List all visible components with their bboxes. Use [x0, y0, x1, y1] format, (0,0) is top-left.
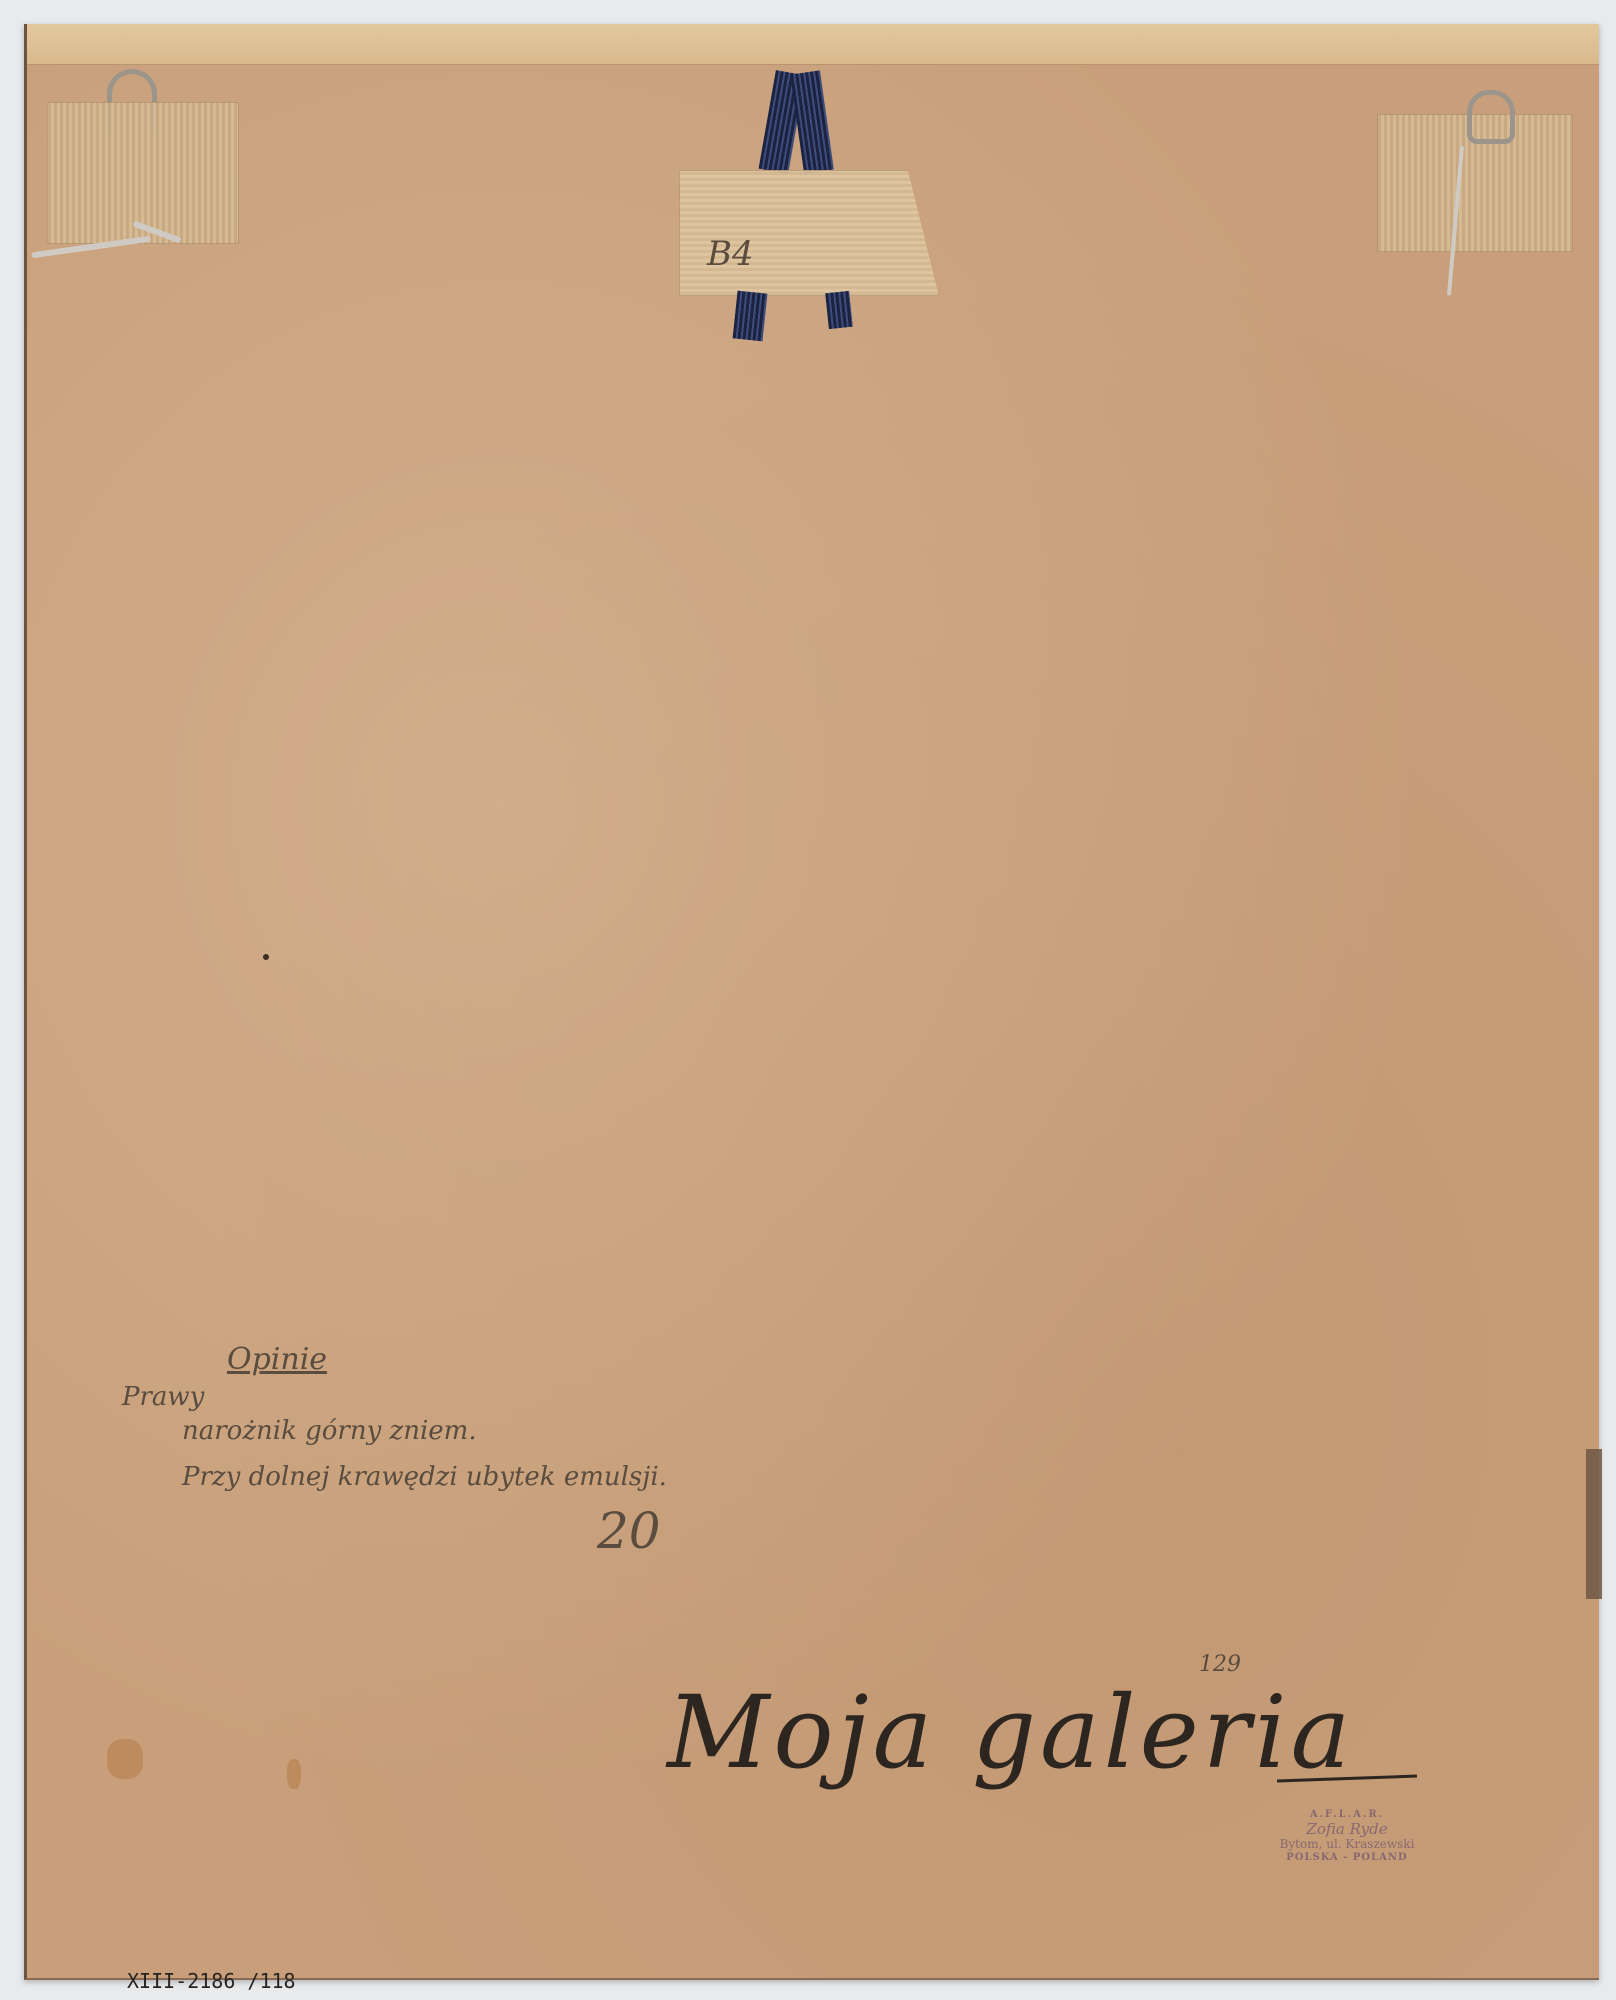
note-number: 20 — [597, 1502, 661, 1560]
tape-label-text: B4 — [707, 234, 754, 274]
stamp-line-2: Zofia Ryde — [1247, 1821, 1447, 1838]
surface-mark — [263, 954, 269, 960]
maker-stamp: A.F.L.A.R. Zofia Ryde Bytom, ul. Kraszew… — [1247, 1809, 1447, 1863]
water-stain — [107, 1739, 143, 1779]
left-tape-patch — [47, 102, 239, 244]
right-string-loop-icon — [1467, 90, 1515, 144]
artwork-back-board: B4 Opinie Prawy narożnik górny zniem. Pr… — [24, 24, 1599, 1980]
ribbon-end-left — [733, 291, 768, 342]
note-line-1: Prawy — [122, 1382, 204, 1412]
stamp-line-1: A.F.L.A.R. — [1247, 1809, 1447, 1821]
top-edge-strip — [27, 24, 1599, 65]
water-stain — [287, 1759, 301, 1789]
center-tape-patch — [679, 170, 939, 296]
inventory-number: XIII-2186 /118 — [127, 1969, 296, 1993]
edge-stain — [1586, 1449, 1602, 1599]
stamp-line-4: POLSKA - POLAND — [1247, 1852, 1447, 1864]
note-line-2: narożnik górny zniem. — [182, 1416, 477, 1446]
stamp-line-3: Bytom, ul. Kraszewski — [1247, 1838, 1447, 1852]
note-line-3: Przy dolnej krawędzi ubytek emulsji. — [182, 1462, 667, 1492]
note-title: Opinie — [227, 1342, 327, 1377]
ribbon-hanger-right-strand — [790, 70, 834, 173]
artwork-title-inscription: Moja galeria — [667, 1674, 1354, 1791]
ribbon-end-right — [825, 291, 853, 329]
